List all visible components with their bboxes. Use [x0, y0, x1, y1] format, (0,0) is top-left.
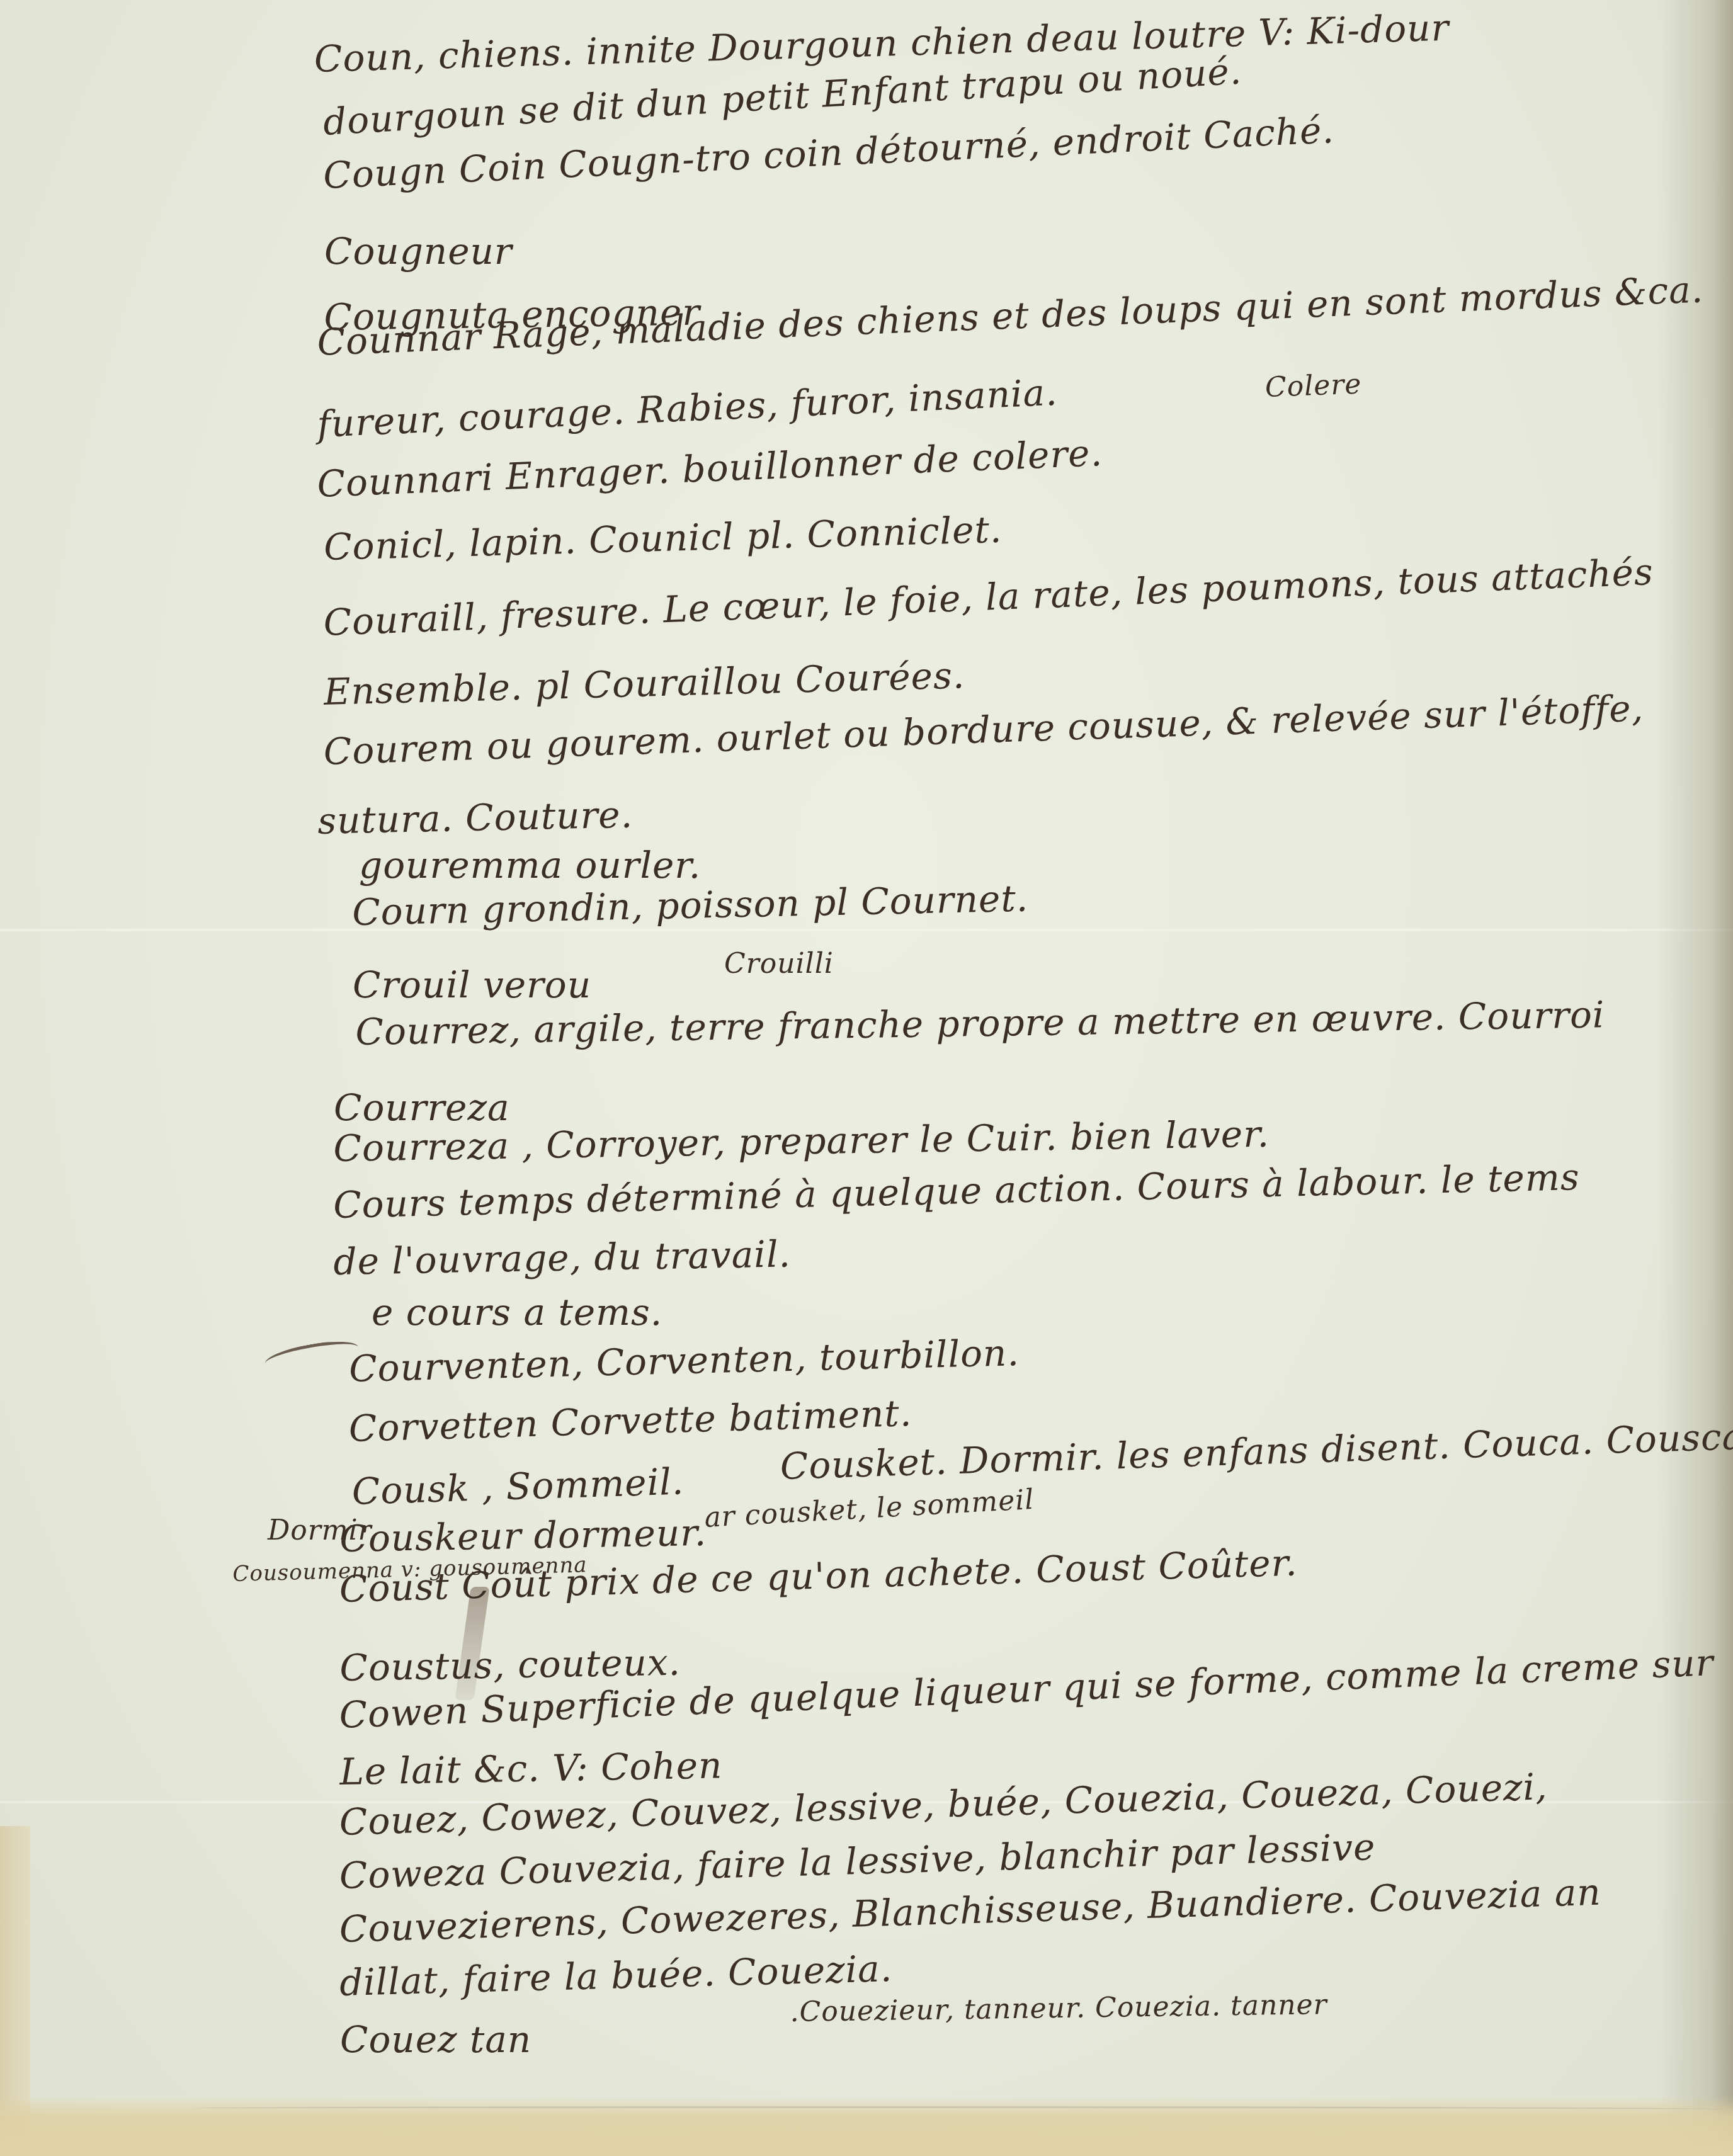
manuscript-line: Couez tan [340, 2018, 531, 2061]
manuscript-interlinear: Colere [1264, 368, 1362, 404]
manuscript-line: fureur, courage. Rabies, furor, insania. [316, 371, 1059, 446]
manuscript-line: Counnari Enrager. bouillonner de colere. [316, 431, 1103, 506]
manuscript-line: sutura. Couture. [317, 793, 634, 843]
manuscript-line: Courventen, Corventen, tourbillon. [348, 1331, 1020, 1390]
manuscript-interlinear: Cousket. Dormir. les enfans disent. Couc… [780, 1415, 1733, 1488]
manuscript-line: Cousk , Sommeil. [351, 1460, 685, 1513]
manuscript-line: Crouil verou [353, 963, 591, 1006]
manuscript-line: Cougneur [324, 230, 513, 273]
manuscript-interlinear: .Couezieur, tanneur. Couezia. tanner [790, 1989, 1327, 2028]
manuscript-line: Couraill, fresure. Le cœur, le foie, la … [322, 550, 1654, 644]
manuscript-page: Coun, chiens. innite Dourgoun chien deau… [0, 0, 1733, 2156]
manuscript-interlinear: ar cousket, le sommeil [703, 1484, 1035, 1534]
manuscript-line: Conicl, lapin. Counicl pl. Conniclet. [323, 508, 1003, 569]
paper-fold-line [0, 929, 1733, 931]
manuscript-line: Corvetten Corvette batiment. [348, 1392, 912, 1450]
margin-dash-mark [263, 1336, 360, 1375]
manuscript-line: Couskeur dormeur. [339, 1511, 707, 1560]
manuscript-line: Counnar Rage, maladie des chiens et des … [316, 268, 1704, 364]
manuscript-line: e cours a tems. [372, 1291, 662, 1334]
binding-shadow [1657, 0, 1733, 2156]
manuscript-line: gouremma ourler. [359, 844, 701, 887]
water-stain [0, 2096, 1733, 2156]
manuscript-interlinear: Crouilli [724, 948, 834, 980]
manuscript-line: de l'ouvrage, du travail. [333, 1232, 792, 1283]
manuscript-line: Ensemble. pl Couraillou Courées. [323, 654, 965, 713]
manuscript-line: Courreza [334, 1086, 510, 1129]
manuscript-line: Le lait &c. V: Cohen [339, 1744, 723, 1793]
